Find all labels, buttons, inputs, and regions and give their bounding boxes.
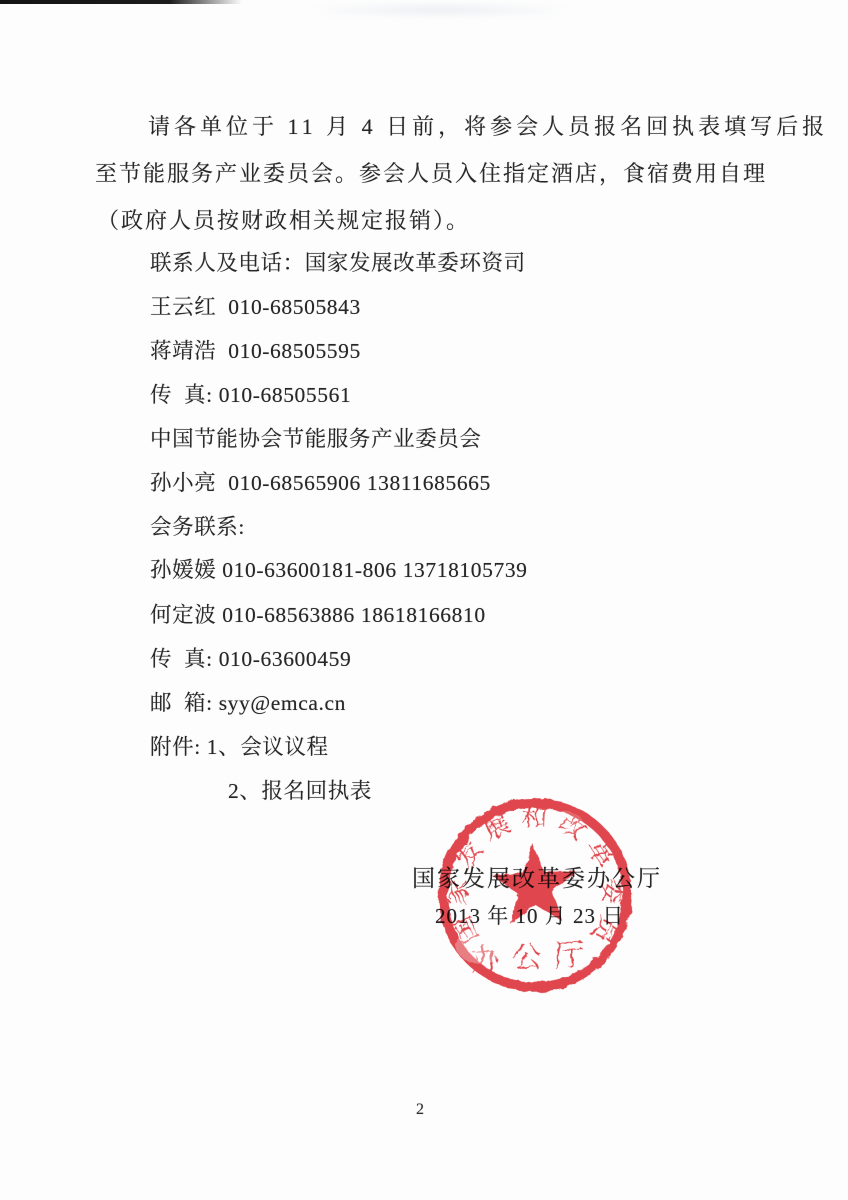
official-seal: 国家发展和改革委员会 办公厅 [417,777,652,1012]
contact-line: 蒋靖浩 010-68505595 [150,339,361,364]
contact-fax-line: 传 真: 010-63600459 [150,647,351,672]
contact-email-line: 邮 箱: syy@emca.cn [150,691,346,716]
official-seal-graphic: 国家发展和改革委员会 办公厅 [417,777,652,1012]
contact-line: 孙小亮 010-68565906 13811685665 [150,471,491,496]
scan-artifact-line [0,0,242,4]
contact-line: 孙媛媛 010-63600181-806 13718105739 [150,558,528,583]
contact-fax-line: 传 真: 010-68505561 [150,383,351,408]
star-icon [491,841,579,925]
contact-line: 何定波 010-68563886 18618166810 [150,603,486,628]
contact-label-line: 会务联系: [150,515,245,540]
paragraph-line: 请各单位于 11 月 4 日前，将参会人员报名回执表填写后报 [148,114,828,139]
attachment-line: 附件: 1、会议议程 [150,735,329,760]
paragraph-line: 至节能服务产业委员会。参会人员入住指定酒店，食宿费用自理 [95,161,767,186]
contact-intro-line: 联系人及电话：国家发展改革委环资司 [150,251,526,276]
contact-line: 王云红 010-68505843 [150,295,361,320]
paragraph-line: （政府人员按财政相关规定报销）。 [97,208,470,233]
page-number: 2 [416,1101,424,1119]
contact-org-line: 中国节能协会节能服务产业委员会 [150,427,482,452]
scan-artifact-smudge [300,2,580,18]
attachment-line: 2、报名回执表 [228,779,372,804]
scanned-document-page: 请各单位于 11 月 4 日前，将参会人员报名回执表填写后报 至节能服务产业委员… [0,0,848,1200]
